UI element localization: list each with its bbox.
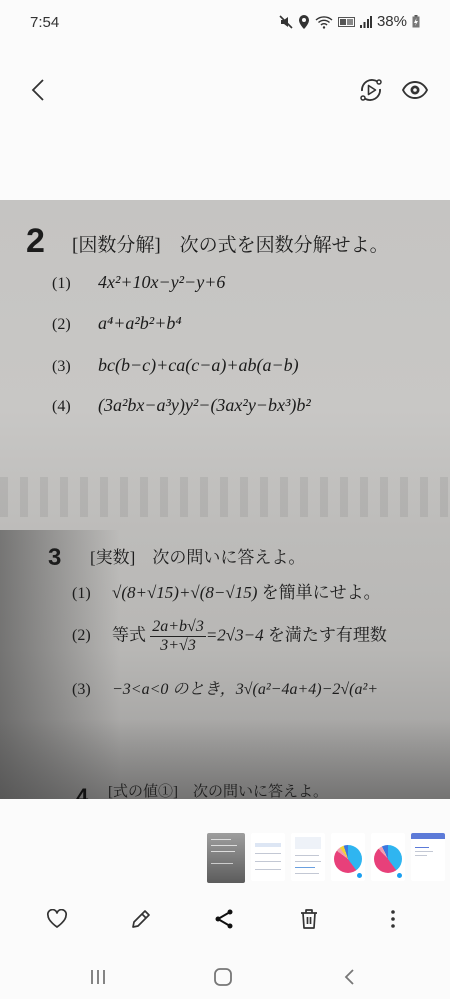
- pie-chart-thumbnail-icon: [334, 845, 362, 873]
- problem-expression: (3a²bx−a³y)y²−(3ax²y−bx³)b²: [98, 395, 311, 415]
- volte-icon: [338, 17, 355, 27]
- edit-button[interactable]: [125, 903, 157, 935]
- recents-button[interactable]: [82, 962, 114, 992]
- section-number: 3: [48, 544, 61, 572]
- thumbnail-document[interactable]: [291, 833, 325, 881]
- wifi-icon: [315, 15, 333, 29]
- problem-label: (1): [52, 275, 98, 293]
- motion-photo-button[interactable]: [356, 75, 386, 105]
- more-options-button[interactable]: [377, 903, 409, 935]
- fraction-denominator: 3+√3: [150, 637, 206, 655]
- section-number: 4: [76, 784, 88, 799]
- problem-label: (4): [52, 398, 98, 416]
- share-icon: [214, 908, 234, 930]
- signal-icon: [360, 16, 372, 28]
- delete-button[interactable]: [293, 903, 325, 935]
- recents-icon: [89, 969, 107, 985]
- trash-icon: [299, 908, 319, 930]
- battery-charging-icon: [412, 15, 420, 28]
- problem-item: (3)−3<a<0 のとき，3√(a²−4a+4)−2√(a²+: [72, 676, 378, 699]
- back-icon: [343, 968, 355, 986]
- problem-expression: 4x²+10x−y²−y+6: [98, 272, 225, 292]
- problem-item: (1)√(8+√15)+√(8−√15) を簡単にせよ。: [72, 578, 381, 603]
- section-title: [実数] 次の問いに答えよ。: [90, 543, 305, 568]
- view-button[interactable]: [400, 75, 430, 105]
- back-button[interactable]: [24, 74, 52, 106]
- share-button[interactable]: [208, 903, 240, 935]
- problem-expression: −3<a<0 のとき，3√(a²−4a+4)−2√(a²+: [112, 681, 378, 698]
- mute-icon: [279, 15, 293, 29]
- problem-expression: =2√3−4: [206, 625, 264, 644]
- nav-back-button[interactable]: [333, 962, 365, 992]
- problem-label: (2): [52, 316, 98, 334]
- battery-percent: 38%: [377, 13, 407, 30]
- photo-viewer[interactable]: 2 [因数分解] 次の式を因数分解せよ。 (1)4x²+10x−y²−y+6 (…: [0, 200, 450, 799]
- status-time: 7:54: [30, 14, 59, 31]
- section-title: [因数分解] 次の式を因数分解せよ。: [72, 230, 389, 257]
- problem-item: (3)bc(b−c)+ca(c−a)+ab(a−b): [52, 355, 299, 376]
- problem-expression: a⁴+a²b²+b⁴: [98, 313, 182, 333]
- problem-item: (4)(3a²bx−a³y)y²−(3ax²y−bx³)b²: [52, 395, 311, 416]
- problem-expression: bc(b−c)+ca(c−a)+ab(a−b): [98, 355, 299, 375]
- home-button[interactable]: [207, 962, 239, 992]
- top-bar: [0, 60, 450, 120]
- chevron-left-icon: [31, 78, 45, 102]
- thumbnail-current-photo[interactable]: [207, 833, 245, 883]
- thumbnail-app-screen[interactable]: [411, 833, 445, 881]
- system-navigation-bar: [0, 955, 450, 999]
- eye-icon: [400, 75, 430, 105]
- problem-prefix: 等式: [112, 625, 146, 644]
- problem-label: (3): [72, 681, 112, 699]
- status-icons: 38%: [279, 13, 420, 30]
- problem-expression: √(8+√15)+√(8−√15): [112, 583, 257, 602]
- problem-label: (2): [72, 627, 112, 645]
- thumbnail-pie-chart[interactable]: [371, 833, 405, 881]
- thumbnail-strip[interactable]: [207, 833, 450, 883]
- problem-item: (1)4x²+10x−y²−y+6: [52, 272, 225, 293]
- bleed-through-stripes: [0, 477, 450, 517]
- fraction: 2a+b√3 3+√3: [150, 618, 206, 655]
- problem-item: (2)等式 2a+b√3 3+√3 =2√3−4 を満たす有理数: [72, 618, 387, 655]
- problem-suffix: を簡単にせよ。: [262, 583, 381, 602]
- home-icon: [213, 967, 233, 987]
- thumbnail-table[interactable]: [251, 833, 285, 881]
- pencil-icon: [130, 908, 152, 930]
- status-bar: 7:54 38%: [0, 0, 450, 50]
- section-number: 2: [26, 222, 45, 261]
- more-vert-icon: [390, 909, 396, 929]
- pie-chart-thumbnail-icon: [374, 845, 402, 873]
- favorite-button[interactable]: [41, 903, 73, 935]
- action-bar: [0, 895, 450, 943]
- problem-label: (1): [72, 585, 112, 603]
- heart-icon: [46, 909, 68, 929]
- fraction-numerator: 2a+b√3: [150, 618, 206, 637]
- motion-photo-play-icon: [356, 75, 386, 105]
- problem-label: (3): [52, 358, 98, 376]
- thumbnail-pie-chart[interactable]: [331, 833, 365, 881]
- problem-item: (2)a⁴+a²b²+b⁴: [52, 313, 182, 334]
- section-title: [式の値①] 次の問いに答えよ。: [108, 780, 328, 799]
- location-icon: [298, 15, 310, 29]
- problem-suffix: を満たす有理数: [268, 625, 387, 644]
